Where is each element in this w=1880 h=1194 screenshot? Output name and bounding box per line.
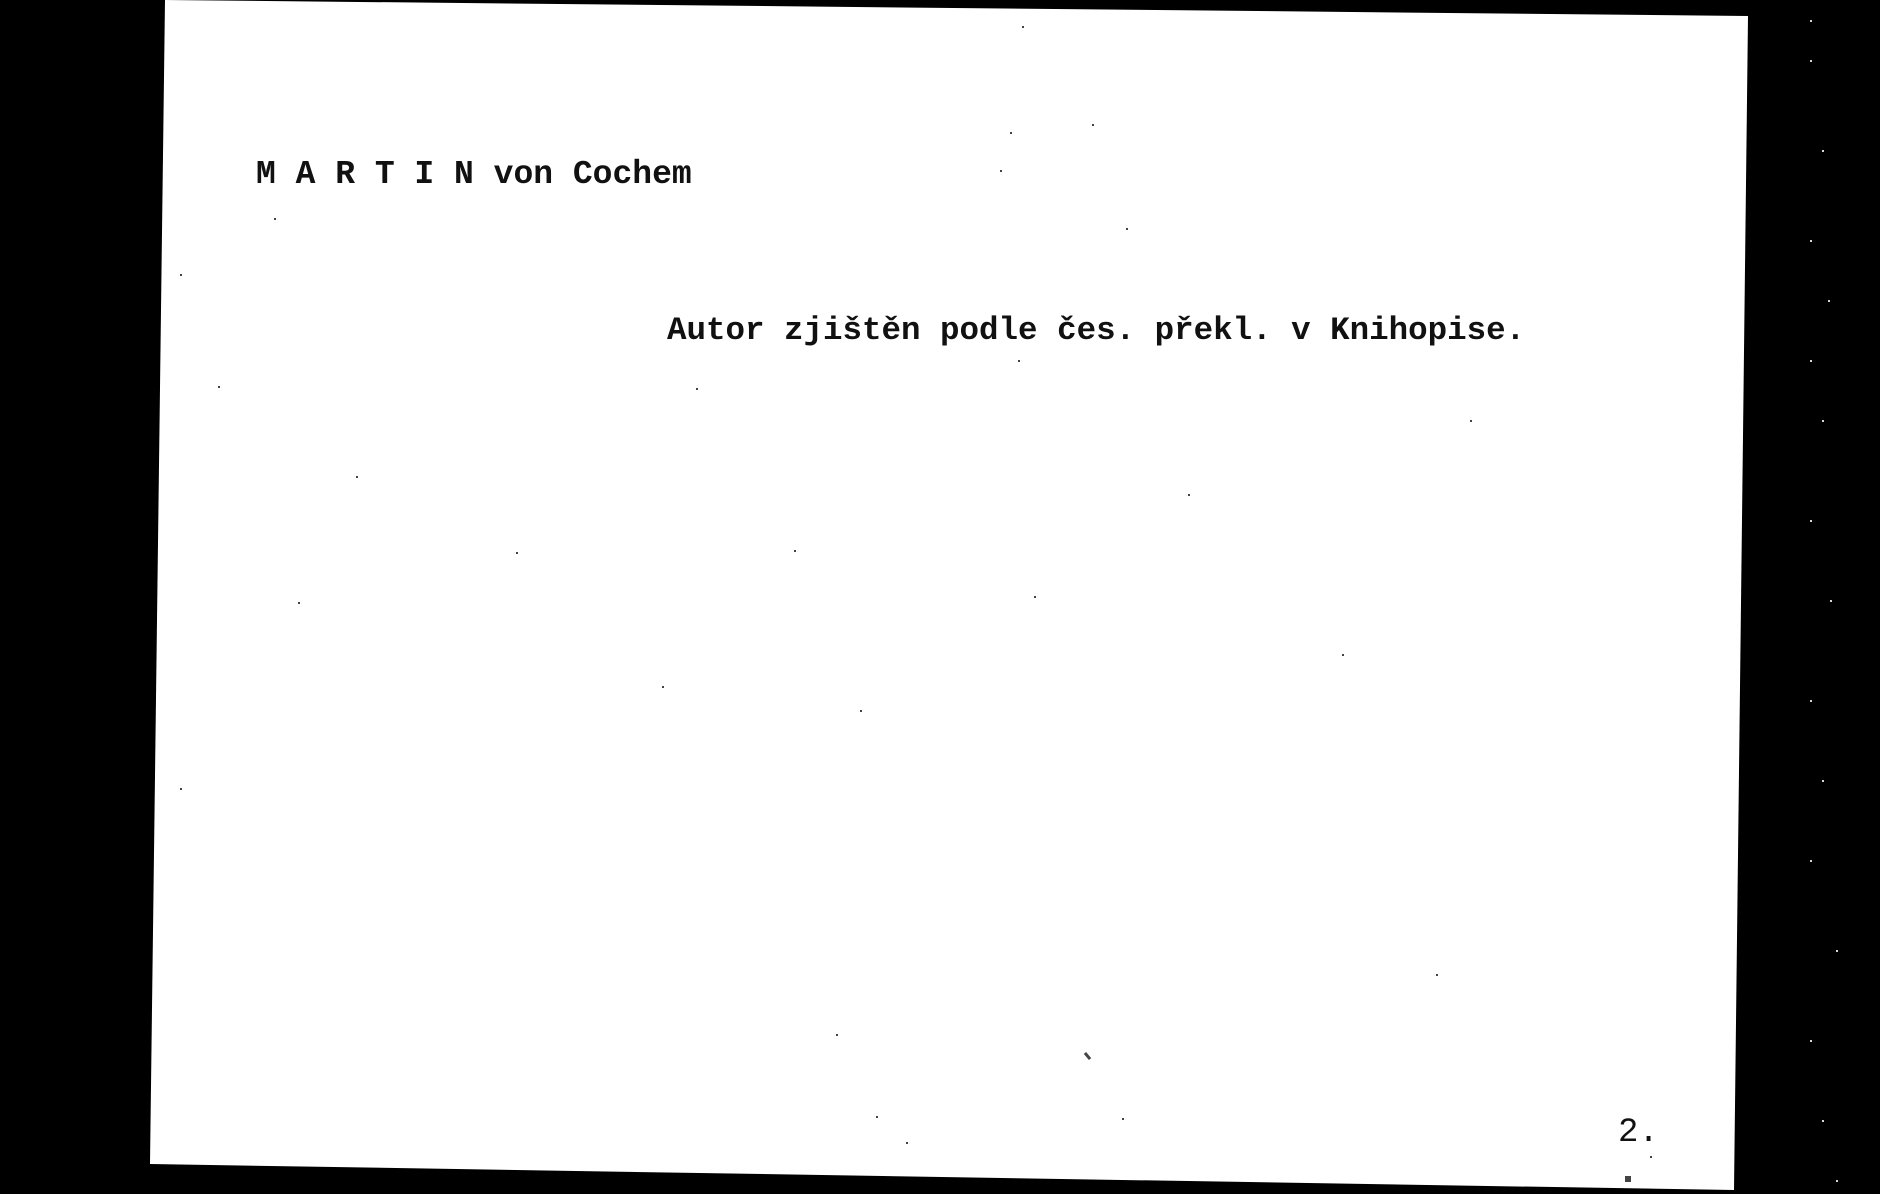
- scan-speck: [1188, 494, 1190, 496]
- scan-speck: [1000, 170, 1002, 172]
- scan-noise: [1810, 860, 1812, 862]
- scan-noise: [1810, 1040, 1812, 1042]
- scan-speck: [180, 788, 182, 790]
- scan-noise: [1810, 700, 1812, 702]
- catalog-card: M A R T I N von Cochem Autor zjištěn pod…: [0, 0, 1880, 1194]
- scan-speck: [876, 1116, 878, 1118]
- scan-speck: [1470, 420, 1472, 422]
- scan-speck: [1022, 26, 1024, 28]
- scan-speck: [1018, 360, 1020, 362]
- scan-speck: [1034, 596, 1036, 598]
- scan-speck: [298, 602, 300, 604]
- scan-speck: [274, 218, 276, 220]
- scan-speck: [662, 686, 664, 688]
- scan-speck: [1625, 1176, 1631, 1182]
- scan-noise: [1828, 300, 1830, 302]
- scan-speck: [860, 710, 862, 712]
- scan-speck: [1342, 654, 1344, 656]
- scan-noise: [1836, 1180, 1838, 1182]
- scan-speck: [1010, 132, 1012, 134]
- card-note: Autor zjištěn podle čes. překl. v Knihop…: [667, 312, 1525, 349]
- scan-speck: [1092, 124, 1094, 126]
- scan-speck: [356, 476, 358, 478]
- scan-noise: [1810, 360, 1812, 362]
- scan-speck: [1122, 1118, 1124, 1120]
- scan-noise: [1822, 150, 1824, 152]
- page-number: 2.: [1618, 1114, 1659, 1152]
- card-heading: M A R T I N von Cochem: [256, 156, 692, 193]
- scan-speck: [516, 552, 518, 554]
- scan-speck: [906, 1142, 908, 1144]
- scan-noise: [1836, 950, 1838, 952]
- scan-noise: [1810, 20, 1812, 22]
- scan-speck: [1126, 228, 1128, 230]
- scan-speck: [836, 1034, 838, 1036]
- scan-noise: [1810, 60, 1812, 62]
- scan-noise: [1822, 1120, 1824, 1122]
- scan-speck: [180, 274, 182, 276]
- scan-speck: [1084, 1052, 1091, 1060]
- scan-speck: [1650, 1156, 1652, 1158]
- scan-speck: [696, 388, 698, 390]
- scan-speck: [794, 550, 796, 552]
- scan-noise: [1810, 520, 1812, 522]
- scan-speck: [1436, 974, 1438, 976]
- scan-noise: [1822, 420, 1824, 422]
- scan-noise: [1830, 600, 1832, 602]
- scan-noise: [1822, 780, 1824, 782]
- scan-speck: [218, 386, 220, 388]
- scan-noise: [1810, 240, 1812, 242]
